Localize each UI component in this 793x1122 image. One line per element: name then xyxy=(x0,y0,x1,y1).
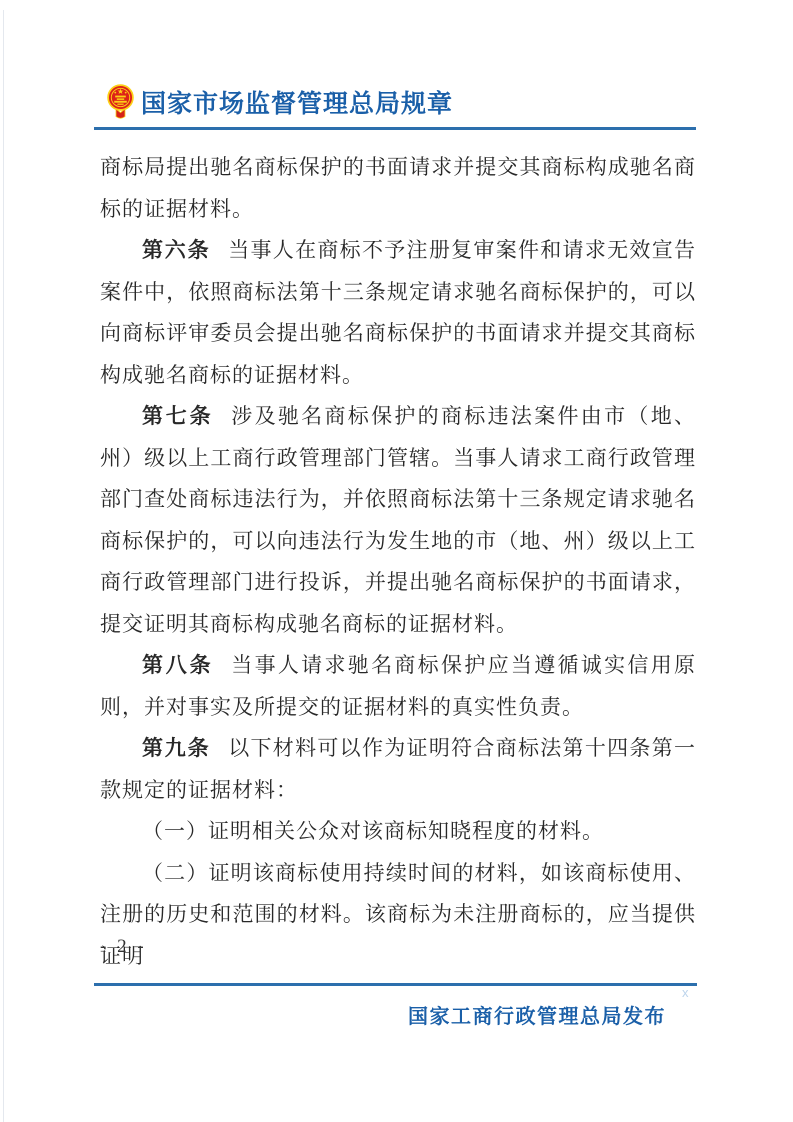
header-row: 国家市场监督管理总局规章 xyxy=(94,84,696,120)
article-number: 第七条 xyxy=(142,405,213,428)
china-national-emblem-icon xyxy=(107,84,134,120)
page-number: - 2 - xyxy=(100,936,147,958)
header-title: 国家市场监督管理总局规章 xyxy=(141,84,453,120)
paragraph: 第六条当事人在商标不予注册复审案件和请求无效宣告案件中，依照商标法第十三条规定请… xyxy=(100,230,696,396)
footer-rule xyxy=(94,983,697,986)
article-number: 第六条 xyxy=(142,239,210,262)
paragraph-text: 涉及驰名商标保护的商标违法案件由市（地、州）级以上工商行政管理部门管辖。当事人请… xyxy=(100,404,696,636)
scan-artifact: x xyxy=(682,985,689,1000)
document-header: 国家市场监督管理总局规章 xyxy=(94,84,696,130)
paragraph: 第八条当事人请求驰名商标保护应当遵循诚实信用原则，并对事实及所提交的证据材料的真… xyxy=(100,645,696,728)
paragraph: （二）证明该商标使用持续时间的材料，如该商标使用、注册的历史和范围的材料。该商标… xyxy=(100,853,696,978)
paragraph-text: 商标局提出驰名商标保护的书面请求并提交其商标构成驰名商标的证据材料。 xyxy=(100,155,696,221)
paragraph: 商标局提出驰名商标保护的书面请求并提交其商标构成驰名商标的证据材料。 xyxy=(100,147,696,230)
page-edge xyxy=(3,10,4,1122)
article-number: 第九条 xyxy=(142,737,210,760)
paragraph: 第七条涉及驰名商标保护的商标违法案件由市（地、州）级以上工商行政管理部门管辖。当… xyxy=(100,396,696,645)
header-rule xyxy=(94,127,696,130)
paragraph: （一）证明相关公众对该商标知晓程度的材料。 xyxy=(100,811,696,853)
document-body: 商标局提出驰名商标保护的书面请求并提交其商标构成驰名商标的证据材料。第六条当事人… xyxy=(100,147,696,977)
paragraph-text: （一）证明相关公众对该商标知晓程度的材料。 xyxy=(142,819,604,843)
document-page: 国家市场监督管理总局规章 商标局提出驰名商标保护的书面请求并提交其商标构成驰名商… xyxy=(0,0,793,1122)
publisher-label: 国家工商行政管理总局发布 xyxy=(100,1000,666,1029)
article-number: 第八条 xyxy=(142,654,213,677)
paragraph: 第九条以下材料可以作为证明符合商标法第十四条第一款规定的证据材料： xyxy=(100,728,696,811)
paragraph-text: （二）证明该商标使用持续时间的材料，如该商标使用、注册的历史和范围的材料。该商标… xyxy=(100,861,696,968)
